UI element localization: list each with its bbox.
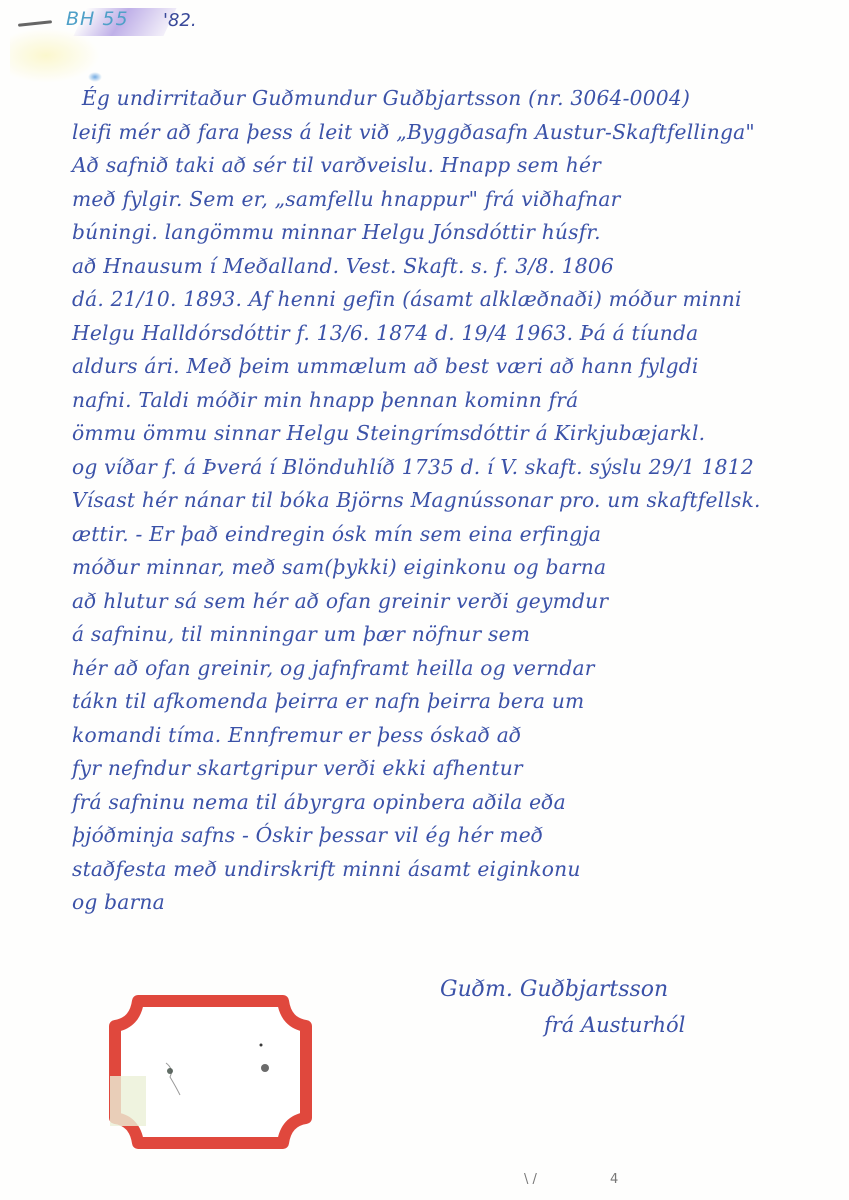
letter-line: komandi tíma. Ennfremur er þess óskað að <box>72 719 832 753</box>
pencil-dash-mark <box>18 20 52 27</box>
letter-line: ömmu ömmu sinnar Helgu Steingrímsdóttir … <box>72 417 832 451</box>
letter-line: Að safnið taki að sér til varðveislu. Hn… <box>72 149 832 183</box>
letter-line: tákn til afkomenda þeirra er nafn þeirra… <box>72 685 832 719</box>
catalog-year: '82. <box>163 10 197 31</box>
letter-line: búningi. langömmu minnar Helgu Jónsdótti… <box>72 216 832 250</box>
letter-line: og barna <box>72 886 832 920</box>
signature-origin: frá Austurhól <box>440 1008 685 1042</box>
letter-line: dá. 21/10. 1893. Af henni gefin (ásamt a… <box>72 283 832 317</box>
letter-line: frá safninu nema til ábyrgra opinbera að… <box>72 786 832 820</box>
letter-line: fyr nefndur skartgripur verði ekki afhen… <box>72 752 832 786</box>
letter-line: og víðar f. á Þverá í Blönduhlíð 1735 d.… <box>72 451 832 485</box>
letter-line: aldurs ári. Með þeim ummælum að best vær… <box>72 350 832 384</box>
footer-mark: \ / <box>524 1172 537 1187</box>
catalog-number: BH 55 <box>66 8 129 30</box>
letter-line: að Hnausum í Meðalland. Vest. Skaft. s. … <box>72 250 832 284</box>
letter-line: Ég undirritaður Guðmundur Guðbjartsson (… <box>72 82 832 116</box>
letter-line: á safninu, til minningar um þær nöfnur s… <box>72 618 832 652</box>
letter-line: leifi mér að fara þess á leit við „Byggð… <box>72 116 832 150</box>
letter-body: Ég undirritaður Guðmundur Guðbjartsson (… <box>72 82 842 920</box>
signature-block: Guðm. Guðbjartsson frá Austurhól <box>440 972 685 1042</box>
signature-name: Guðm. Guðbjartsson <box>440 972 685 1008</box>
letter-line: nafni. Taldi móðir min hnapp þennan komi… <box>72 384 832 418</box>
letter-line: staðfesta með undirskrift minni ásamt ei… <box>72 853 832 887</box>
letter-line: þjóðminja safns - Óskir þessar vil ég hé… <box>72 819 832 853</box>
red-frame-stamp <box>108 993 313 1151</box>
letter-line: ættir. - Er það eindregin ósk mín sem ei… <box>72 518 832 552</box>
scanned-letter-page: BH 55 '82. Ég undirritaður Guðmundur Guð… <box>0 0 849 1200</box>
tape-fragment <box>110 1076 146 1126</box>
letter-line: með fylgir. Sem er, „samfellu hnappur" f… <box>72 183 832 217</box>
tape-stain <box>10 28 100 83</box>
letter-line: móður minnar, með sam(þykki) eiginkonu o… <box>72 551 832 585</box>
letter-line: hér að ofan greinir, og jafnframt heilla… <box>72 652 832 686</box>
letter-line: að hlutur sá sem hér að ofan greinir ver… <box>72 585 832 619</box>
page-number: 4 <box>610 1172 618 1187</box>
letter-line: Helgu Halldórsdóttir f. 13/6. 1874 d. 19… <box>72 317 832 351</box>
ink-blot <box>88 72 102 82</box>
letter-line: Vísast hér nánar til bóka Björns Magnúss… <box>72 484 832 518</box>
stamp-frame-icon <box>108 993 313 1151</box>
